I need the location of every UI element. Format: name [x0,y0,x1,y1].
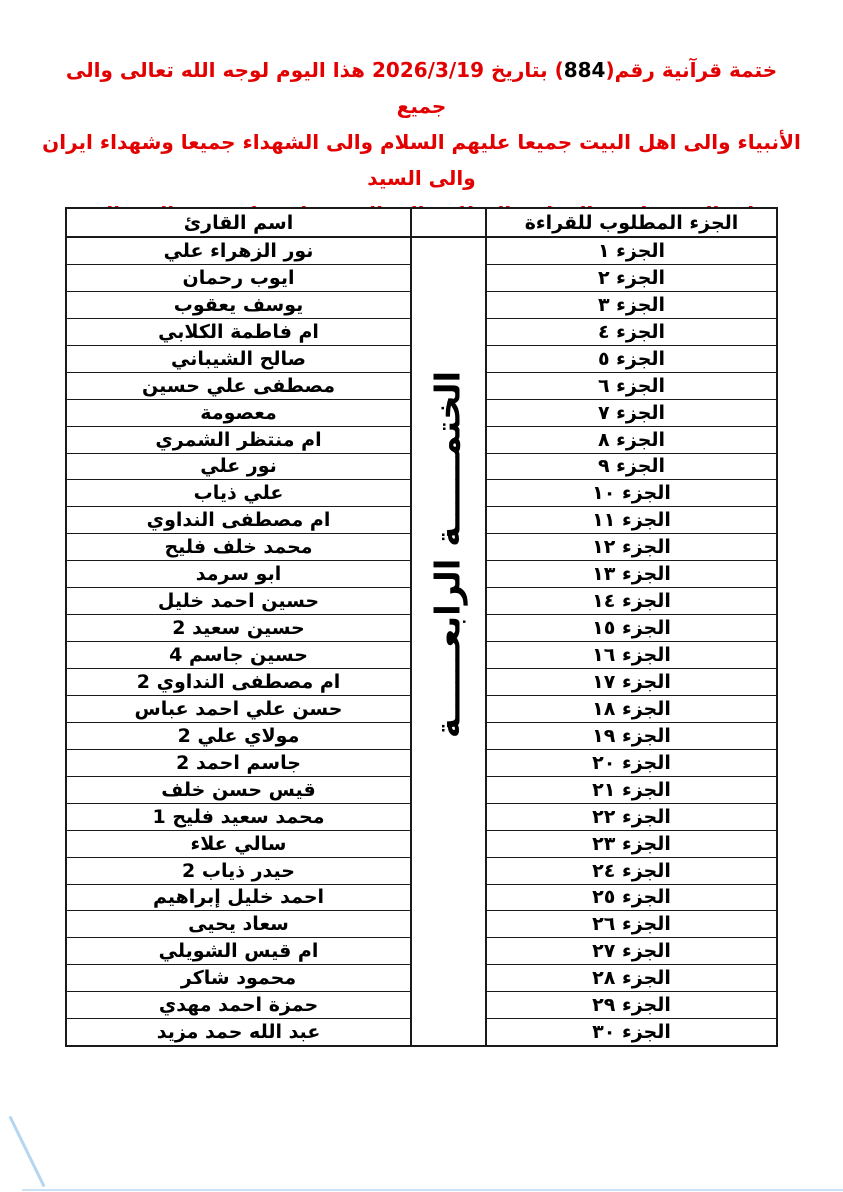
name-cell: جاسم احمد 2 [67,750,410,777]
name-cell: ام فاطمة الكلابي [67,319,410,346]
name-cell: احمد خليل إبراهيم [67,885,410,912]
part-cell: الجزء ٩ [487,454,776,481]
dedication-line-2: الأنبياء والى اهل البيت جميعا عليهم السل… [40,124,803,196]
part-cell: الجزء ٢٥ [487,885,776,912]
name-cell: محمود شاكر [67,965,410,992]
part-cell: الجزء ٢ [487,265,776,292]
part-cell: الجزء ٢٢ [487,804,776,831]
name-cell: ابو سرمد [67,561,410,588]
name-cell: حسين جاسم 4 [67,642,410,669]
part-cell: الجزء ٢٧ [487,938,776,965]
name-cell: مولاي علي 2 [67,723,410,750]
part-cell: الجزء ٢٦ [487,911,776,938]
part-cell: الجزء ٣٠ [487,1019,776,1045]
khatma-number: 884 [564,58,606,82]
name-cell: عبد الله حمد مزيد [67,1019,410,1045]
name-cell: حسن علي احمد عباس [67,696,410,723]
part-cell: الجزء ١٧ [487,669,776,696]
part-cell: الجزء ١١ [487,507,776,534]
name-cell: يوسف يعقوب [67,292,410,319]
part-cell: الجزء ٥ [487,346,776,373]
reading-table: الجزء المطلوب للقراءة الجزء ١الجزء ٢الجز… [65,207,778,1047]
name-cell: ام قيس الشويلي [67,938,410,965]
part-cell: الجزء ٢٨ [487,965,776,992]
name-cell: حسين احمد خليل [67,588,410,615]
khatma-column-header [412,209,485,238]
khatma-title-area: الختمــــــة الرابعــــــة [412,238,485,1045]
part-cell: الجزء ١٣ [487,561,776,588]
name-cell: حيدر ذياب 2 [67,858,410,885]
part-cell: الجزء ١٢ [487,534,776,561]
part-cell: الجزء ١ [487,238,776,265]
part-column: الجزء المطلوب للقراءة الجزء ١الجزء ٢الجز… [487,209,776,1045]
part-cell: الجزء ٢٠ [487,750,776,777]
name-cell: ام منتظر الشمري [67,427,410,454]
name-cell: معصومة [67,400,410,427]
name-cell: ام مصطفى النداوي 2 [67,669,410,696]
part-cell: الجزء ٨ [487,427,776,454]
name-cell: سالي علاء [67,831,410,858]
name-column: اسم القارئ نور الزهراء عليايوب رحمانيوسف… [67,209,410,1045]
part-cell: الجزء ١٤ [487,588,776,615]
name-cell: نور الزهراء علي [67,238,410,265]
dedication-line1-mid: ) بتاريخ [484,58,564,82]
name-cell: قيس حسن خلف [67,777,410,804]
name-cell: حسين سعيد 2 [67,615,410,642]
part-cell: الجزء ٢١ [487,777,776,804]
name-cell: سعاد يحيى [67,911,410,938]
name-cell: محمد سعيد فليح 1 [67,804,410,831]
part-cell: الجزء ٢٩ [487,992,776,1019]
part-cell: الجزء ٧ [487,400,776,427]
part-cell: الجزء ٢٤ [487,858,776,885]
name-cell: علي ذياب [67,480,410,507]
khatma-title-rotated: الختمــــــة الرابعــــــة [413,330,486,780]
part-cell: الجزء ١٩ [487,723,776,750]
name-cell: ايوب رحمان [67,265,410,292]
name-cell: محمد خلف فليح [67,534,410,561]
khatma-column: الختمــــــة الرابعــــــة [410,209,487,1045]
dedication-line1-pre: ختمة قرآنية رقم( [605,58,777,82]
name-cell: صالح الشيباني [67,346,410,373]
part-column-header: الجزء المطلوب للقراءة [487,209,776,238]
part-cell: الجزء ١٨ [487,696,776,723]
dedication-line-1: ختمة قرآنية رقم(884) بتاريخ 2026/3/19 هذ… [40,52,803,124]
khatma-date: 2026/3/19 [372,58,484,82]
scan-artifact-bottom-edge [22,1189,843,1191]
part-cell: الجزء ١٦ [487,642,776,669]
part-cell: الجزء ١٥ [487,615,776,642]
scan-artifact-corner [9,1116,46,1187]
part-cell: الجزء ١٠ [487,480,776,507]
name-cell: نور علي [67,454,410,481]
part-cell: الجزء ٦ [487,373,776,400]
name-column-header: اسم القارئ [67,209,410,238]
part-cell: الجزء ٢٣ [487,831,776,858]
name-cell: مصطفى علي حسين [67,373,410,400]
page: { "colors":{"accent_red":"#e30000","acce… [0,0,843,1192]
name-cell: حمزة احمد مهدي [67,992,410,1019]
part-cell: الجزء ٣ [487,292,776,319]
name-cell: ام مصطفى النداوي [67,507,410,534]
part-cell: الجزء ٤ [487,319,776,346]
